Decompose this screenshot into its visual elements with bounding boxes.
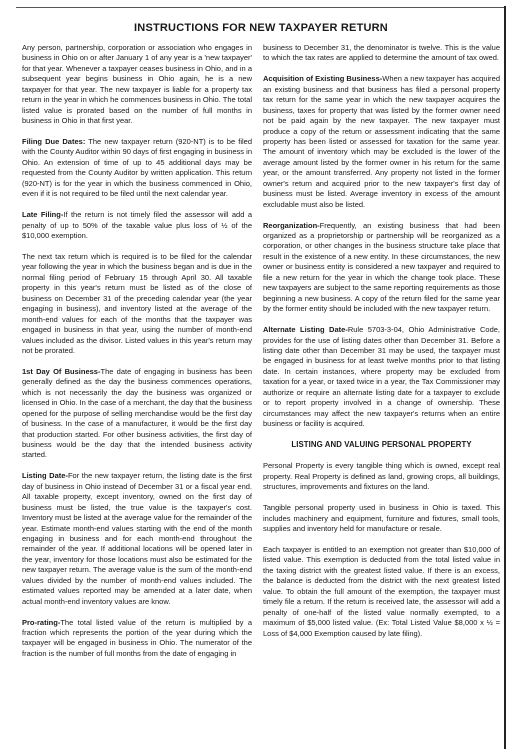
heading-listing-date: Listing Date- <box>22 471 68 480</box>
paragraph-pro-rating: Pro-rating-The total listed value of the… <box>22 618 252 660</box>
heading-first-day-of-business: 1st Day Of Business- <box>22 367 100 376</box>
paragraph-acquisition: Acquisition of Existing Business-When a … <box>263 74 500 210</box>
frame-right-border <box>504 6 506 749</box>
paragraph-filing-due-dates: Filing Due Dates: The new taxpayer retur… <box>22 137 252 200</box>
paragraph-next-return: The next tax return which is required is… <box>22 252 252 357</box>
right-column: business to December 31, the denominator… <box>263 43 500 649</box>
paragraph-late-filing: Late Filing-If the return is not timely … <box>22 210 252 241</box>
heading-pro-rating: Pro-rating- <box>22 618 60 627</box>
paragraph-reorganization: Reorganization-Frequently, an existing b… <box>263 221 500 315</box>
paragraph-exemption: Each taxpayer is entitled to an exemptio… <box>263 545 500 639</box>
paragraph-listing-date: Listing Date-For the new taxpayer return… <box>22 471 252 607</box>
heading-reorganization: Reorganization- <box>263 221 320 230</box>
frame-top-border <box>16 7 506 8</box>
left-column: Any person, partnership, corporation or … <box>22 43 252 670</box>
heading-filing-due-dates: Filing Due Dates: <box>22 137 85 146</box>
heading-late-filing: Late Filing- <box>22 210 63 219</box>
paragraph-pro-rating-continued: business to December 31, the denominator… <box>263 43 500 64</box>
page-title: INSTRUCTIONS FOR NEW TAXPAYER RETURN <box>16 22 506 34</box>
heading-acquisition: Acquisition of Existing Business- <box>263 74 382 83</box>
paragraph-intro: Any person, partnership, corporation or … <box>22 43 252 127</box>
paragraph-personal-property: Personal Property is every tangible thin… <box>263 461 500 492</box>
paragraph-first-day-of-business: 1st Day Of Business-The date of engaging… <box>22 367 252 461</box>
heading-alternate-listing-date: Alternate Listing Date- <box>263 325 348 334</box>
paragraph-alternate-listing-date: Alternate Listing Date-Rule 5703-3-04, O… <box>263 325 500 430</box>
section-heading-listing-valuing: LISTING AND VALUING PERSONAL PROPERTY <box>263 440 500 450</box>
paragraph-tangible-property: Tangible personal property used in busin… <box>263 503 500 534</box>
